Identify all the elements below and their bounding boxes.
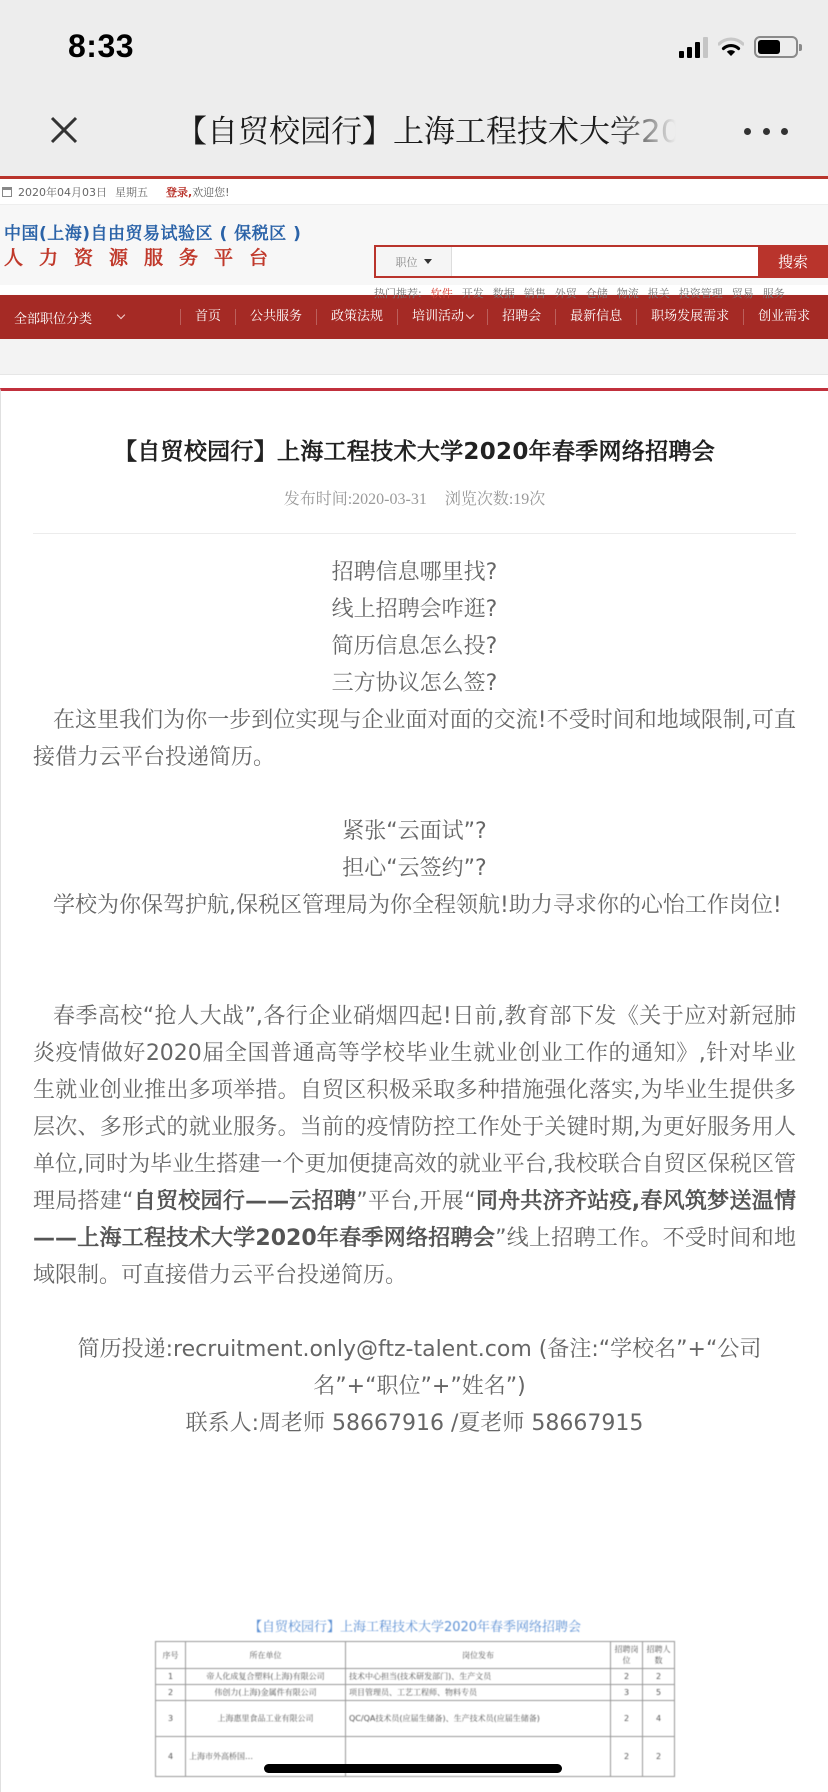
table-row: 2伟创力(上海)金属件有限公司项目管理员、工艺工程师、物料专员35 bbox=[156, 1685, 675, 1701]
hot-keyword[interactable]: 开发 bbox=[462, 285, 484, 301]
site-header: 2020年04月03日 星期五 登录, 欢迎您! 中国(上海)自由贸易试验区 (… bbox=[0, 176, 828, 375]
nav-label: 职场发展需求 bbox=[651, 309, 729, 325]
caret-down-icon bbox=[424, 259, 432, 264]
table-header: 所在单位 bbox=[186, 1642, 346, 1669]
logo-line-2[interactable]: 人力资源服务平台 bbox=[4, 243, 284, 270]
all-categories-label: 全部职位分类 bbox=[14, 308, 92, 327]
table-header-row: 序号 所在单位 岗位发布 招聘岗位 招聘人数 bbox=[156, 1642, 675, 1669]
table-row: 3上海惠里食品工业有限公司QC/QA技术员(应届生储备)、生产技术员(应届生储备… bbox=[156, 1701, 675, 1737]
status-time: 8:33 bbox=[68, 28, 134, 65]
breadcrumb-bar bbox=[0, 339, 828, 375]
search-box: 职位 搜索 bbox=[374, 245, 828, 278]
welcome-text: 欢迎您! bbox=[192, 184, 229, 200]
nav-item-startup[interactable]: 创业需求 bbox=[743, 309, 824, 325]
bold-run: 自贸校园行——云招聘 bbox=[133, 1189, 356, 1214]
search-category-label: 职位 bbox=[396, 254, 418, 270]
view-count: 19次 bbox=[513, 491, 545, 508]
nav-label: 政策法规 bbox=[331, 309, 383, 325]
table-title: 【自贸校园行】上海工程技术大学2020年春季网络招聘会 bbox=[155, 1616, 675, 1635]
paragraph: 春季高校“抢人大战”,各行企业硝烟四起!日前,教育部下发《关于应对新冠肺炎疫情做… bbox=[33, 998, 796, 1294]
nav-item-latest-news[interactable]: 最新信息 bbox=[555, 309, 636, 325]
nav-item-policy[interactable]: 政策法规 bbox=[316, 309, 397, 325]
divider bbox=[33, 533, 796, 534]
browser-chrome: 8:33 【自贸校园行】上海工程技术大学2020年春季网络招聘会 bbox=[0, 0, 828, 176]
hot-keyword[interactable]: 物流 bbox=[617, 285, 639, 301]
question-line: 简历信息怎么投? bbox=[33, 628, 796, 665]
hot-keyword[interactable]: 服务 bbox=[763, 285, 785, 301]
hot-keyword[interactable]: 仓储 bbox=[586, 285, 608, 301]
logo-line-1[interactable]: 中国(上海)自由贸易试验区 ( 保税区 ) bbox=[4, 219, 301, 244]
wifi-icon bbox=[718, 37, 744, 57]
search-input[interactable] bbox=[452, 247, 758, 276]
browser-title: 【自贸校园行】上海工程技术大学2020年春季网络招聘会 bbox=[176, 110, 676, 154]
nav-item-career[interactable]: 职场发展需求 bbox=[636, 309, 743, 325]
nav-label: 招聘会 bbox=[502, 309, 541, 325]
job-table-image: 【自贸校园行】上海工程技术大学2020年春季网络招聘会 序号 所在单位 岗位发布… bbox=[155, 1616, 675, 1777]
nav-item-home[interactable]: 首页 bbox=[180, 309, 235, 325]
search-category-dropdown[interactable]: 职位 bbox=[376, 247, 452, 276]
login-link[interactable]: 登录, bbox=[166, 184, 192, 200]
hot-keyword[interactable]: 数据 bbox=[493, 285, 515, 301]
current-weekday: 星期五 bbox=[115, 184, 148, 200]
question-line: 线上招聘会咋逛? bbox=[33, 591, 796, 628]
article: 【自贸校园行】上海工程技术大学2020年春季网络招聘会 发布时间:2020-03… bbox=[0, 388, 828, 1792]
table-header: 招聘人数 bbox=[643, 1642, 675, 1669]
text-run: 春季高校“抢人大战”,各行企业硝烟四起!日前,教育部下发《关于应对新冠肺炎疫情做… bbox=[33, 1004, 796, 1214]
hot-keyword[interactable]: 投资管理 bbox=[679, 285, 723, 301]
publish-label: 发布时间: bbox=[284, 491, 352, 508]
job-table: 序号 所在单位 岗位发布 招聘岗位 招聘人数 1帝人化成复合塑料(上海)有限公司… bbox=[155, 1641, 675, 1777]
hot-keyword[interactable]: 销售 bbox=[524, 285, 546, 301]
search-button[interactable]: 搜索 bbox=[758, 247, 828, 276]
nav-label: 公共服务 bbox=[250, 309, 302, 325]
calendar-icon bbox=[2, 187, 12, 197]
text-run: ”平台,开展“ bbox=[356, 1189, 475, 1214]
hot-keywords-label: 热门推荐: bbox=[374, 285, 422, 301]
status-icons bbox=[679, 36, 798, 58]
nav-label: 首页 bbox=[195, 309, 221, 325]
paragraph: 学校为你保驾护航,保税区管理局为你全程领航!助力寻求你的心怡工作岗位! bbox=[33, 887, 796, 924]
chevron-down-icon bbox=[466, 311, 474, 319]
nav-item-public-service[interactable]: 公共服务 bbox=[235, 309, 316, 325]
question-line: 三方协议怎么签? bbox=[33, 665, 796, 702]
question-line: 招聘信息哪里找? bbox=[33, 554, 796, 591]
more-horizontal-icon[interactable] bbox=[744, 116, 788, 146]
question-line: 担心“云签约”? bbox=[33, 850, 796, 887]
all-categories-dropdown[interactable]: 全部职位分类 bbox=[0, 308, 180, 327]
cellular-signal-icon bbox=[679, 36, 708, 58]
resume-submission: 简历投递:recruitment.only@ftz-talent.com (备注… bbox=[33, 1331, 796, 1405]
battery-icon bbox=[754, 36, 798, 58]
date-bar: 2020年04月03日 星期五 登录, 欢迎您! bbox=[0, 179, 828, 205]
current-date: 2020年04月03日 bbox=[18, 184, 107, 200]
table-header: 岗位发布 bbox=[346, 1642, 611, 1669]
hot-keyword[interactable]: 软件 bbox=[431, 285, 453, 301]
nav-item-training[interactable]: 培训活动 bbox=[397, 309, 487, 325]
nav-label: 创业需求 bbox=[758, 309, 810, 325]
hot-keyword[interactable]: 报关 bbox=[648, 285, 670, 301]
hot-keyword[interactable]: 外贸 bbox=[555, 285, 577, 301]
table-header: 招聘岗位 bbox=[611, 1642, 643, 1669]
hot-keyword[interactable]: 贸易 bbox=[732, 285, 754, 301]
question-line: 紧张“云面试”? bbox=[33, 813, 796, 850]
views-label: 浏览次数: bbox=[445, 491, 513, 508]
chevron-down-icon bbox=[117, 311, 125, 319]
hot-keywords: 热门推荐: 软件 开发 数据 销售 外贸 仓储 物流 报关 投资管理 贸易 服务 bbox=[374, 285, 785, 301]
paragraph: 在这里我们为你一步到位实现与企业面对面的交流!不受时间和地域限制,可直接借力云平… bbox=[33, 702, 796, 776]
contact-line: 联系人:周老师 58667916 /夏老师 58667915 bbox=[33, 1405, 796, 1442]
close-icon[interactable] bbox=[44, 110, 84, 150]
nav-label: 培训活动 bbox=[412, 309, 464, 325]
publish-date: 2020-03-31 bbox=[352, 491, 427, 508]
nav-item-job-fair[interactable]: 招聘会 bbox=[487, 309, 555, 325]
home-indicator[interactable] bbox=[264, 1764, 562, 1773]
main-nav: 全部职位分类 首页 公共服务 政策法规 培训活动 招聘会 最新信息 职场发展需求… bbox=[0, 295, 828, 339]
table-row: 1帝人化成复合塑料(上海)有限公司技术中心担当(技术研发部门)、生产文员22 bbox=[156, 1669, 675, 1685]
article-title: 【自贸校园行】上海工程技术大学2020年春季网络招聘会 bbox=[1, 433, 828, 466]
table-header: 序号 bbox=[156, 1642, 186, 1669]
nav-label: 最新信息 bbox=[570, 309, 622, 325]
article-body: 招聘信息哪里找? 线上招聘会咋逛? 简历信息怎么投? 三方协议怎么签? 在这里我… bbox=[1, 554, 828, 1442]
logo-search-area: 中国(上海)自由贸易试验区 ( 保税区 ) 人力资源服务平台 职位 搜索 热门推… bbox=[0, 205, 828, 285]
article-meta: 发布时间:2020-03-31浏览次数:19次 bbox=[1, 486, 828, 509]
